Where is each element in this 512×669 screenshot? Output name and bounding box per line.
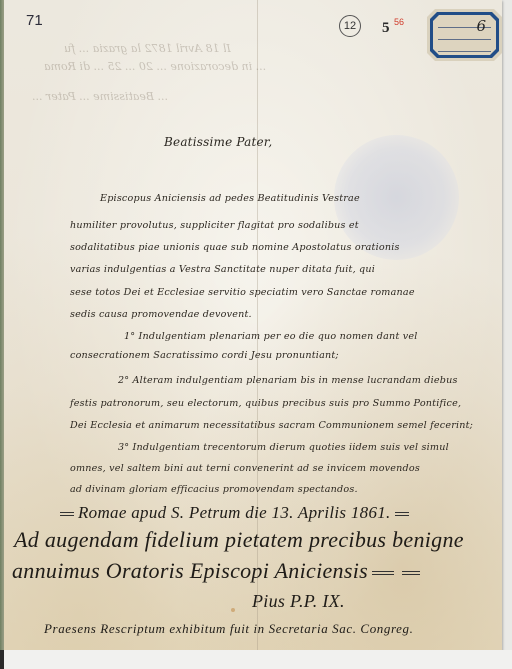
petition-line: 1° Indulgentiam plenariam per eo die quo… xyxy=(124,331,418,342)
petition-line: omnes, vel saltem bini aut terni convene… xyxy=(70,463,420,474)
double-dash xyxy=(60,512,74,516)
scan-bottom-margin xyxy=(0,650,512,669)
red-annotation: 56 xyxy=(394,17,404,27)
rescript-line-2: annuimus Oratoris Episcopi Aniciensis xyxy=(12,558,424,584)
rescript-date-line: Romae apud S. Petrum die 13. Aprilis 186… xyxy=(56,503,413,523)
label-rule xyxy=(438,39,491,40)
label-value: 6 xyxy=(476,17,486,35)
double-dash xyxy=(395,512,409,516)
double-dash xyxy=(402,571,420,575)
rescript-date: Romae apud S. Petrum die 13. Aprilis 186… xyxy=(78,503,391,522)
papal-signature: Pius P.P. IX. xyxy=(252,591,345,612)
rescript-text: annuimus Oratoris Episcopi Aniciensis xyxy=(12,558,368,583)
folio-number: 71 xyxy=(26,12,43,29)
petition-line: festis patronorum, seu electorum, quibus… xyxy=(70,398,461,409)
label-rule xyxy=(438,51,491,52)
bleed-through-line: Il 18 Avril 1872 la grazia ... fu xyxy=(64,42,231,55)
manuscript-page: Il 18 Avril 1872 la grazia ... fu ... in… xyxy=(4,0,502,651)
salutation: Beatissime Pater, xyxy=(164,135,272,149)
bleed-through-line: ... Beatissime ... Pater ... xyxy=(32,90,168,103)
stamp-number: 5 xyxy=(382,20,390,37)
petition-line: sedis causa promovendae devovent. xyxy=(70,309,252,320)
circled-number: 12 xyxy=(339,15,361,37)
paper-stain xyxy=(231,608,235,612)
petition-line: varias indulgentias a Vestra Sanctitate … xyxy=(70,264,375,275)
petition-line: 2° Alteram indulgentiam plenariam bis in… xyxy=(118,375,458,386)
label-border: 6 xyxy=(430,12,499,58)
rescript-line-1: Ad augendam fidelium pietatem precibus b… xyxy=(14,527,464,553)
label-face: 6 xyxy=(433,15,496,55)
petition-line: sodalitatibus piae unionis quae sub nomi… xyxy=(70,242,400,253)
petition-line: humiliter provolutus, suppliciter flagit… xyxy=(70,220,359,231)
petition-line: sese totos Dei et Ecclesiae servitio spe… xyxy=(70,287,415,298)
double-dash xyxy=(372,571,394,575)
petition-line: ad divinam gloriam efficacius promovenda… xyxy=(70,484,358,495)
petition-line: 3° Indulgentiam trecentorum dierum quoti… xyxy=(118,442,449,453)
registration-note: Praesens Rescriptum exhibitum fuit in Se… xyxy=(44,621,414,637)
petition-line: consecrationem Sacratissimo cordi Jesu p… xyxy=(70,350,339,361)
archive-label: 6 xyxy=(427,9,502,61)
bleed-through-line: ... in decorazione ... 20 ... 25 ... di … xyxy=(44,60,266,73)
petition-line: Dei Ecclesia et animarum necessitatibus … xyxy=(70,420,473,431)
paper-fold xyxy=(257,0,258,651)
petition-line: Episcopus Aniciensis ad pedes Beatitudin… xyxy=(100,193,360,204)
